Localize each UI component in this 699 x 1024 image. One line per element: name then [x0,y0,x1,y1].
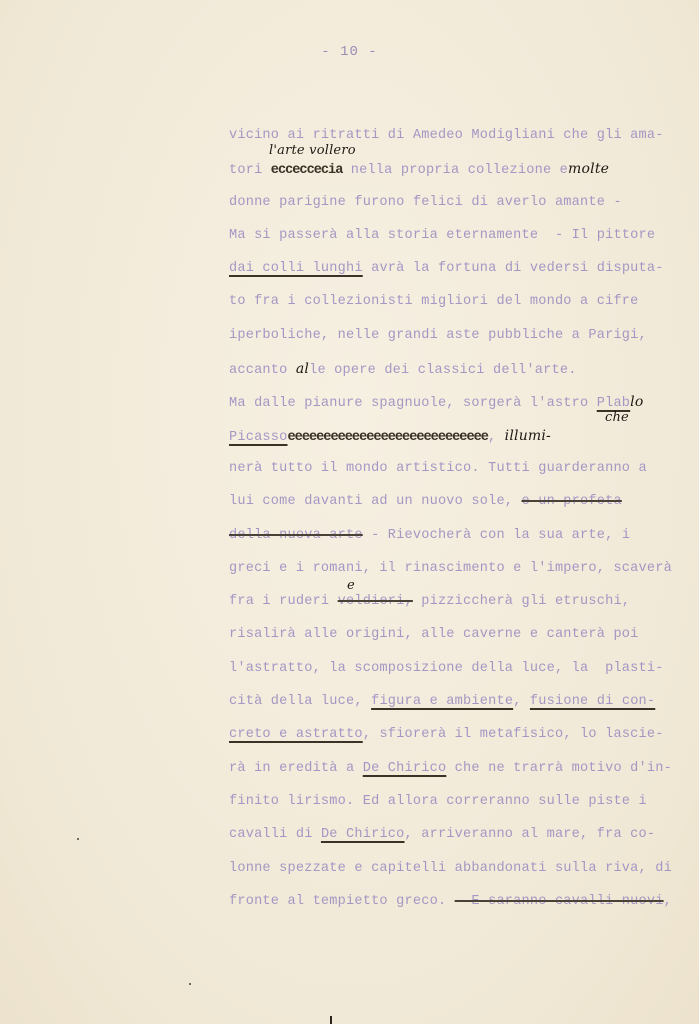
text-line: l'astratto, la scomposizione della luce,… [229,659,699,692]
typed-text: Ma si passerà alla storia eternamente - … [229,228,655,243]
text-line: rà in eredità a De Chirico che ne trarrà… [229,759,699,792]
text-line: creto e astratto, sfiorerà il metafisico… [229,725,699,758]
typed-text: rà in eredità a [229,761,363,776]
typed-text: - Rievocherà con la sua arte, i [363,528,630,543]
typed-text: greci e i romani, il rinascimento e l'im… [229,561,672,576]
typed-text: tori [229,163,271,178]
typed-text: le opere dei classici dell'arte. [309,363,576,378]
text-line: fronte al tempietto greco. - E saranno c… [229,892,699,925]
handwritten-correction: e [347,576,355,596]
scribbled-out-text: ecceccecia [271,161,343,181]
typed-text: , [513,694,530,709]
typed-text: iperboliche, nelle grandi aste pubbliche… [229,328,647,343]
underlined-text: dai colli lunghi [229,261,363,276]
typed-text: lui come davanti ad un nuovo sole, [229,494,522,509]
typed-text: Ma dalle pianure spagnuole, sorgerà l'as… [229,396,597,411]
typewritten-body: vicino ai ritratti di Amedeo Modigliani … [229,126,699,925]
typed-text: fra i ruderi [229,594,338,609]
text-line: iperboliche, nelle grandi aste pubbliche… [229,326,699,359]
text-line: nerà tutto il mondo artistico. Tutti gua… [229,459,699,492]
typed-text: , [488,430,505,445]
scribbled-out-text: eeeeeeeeeeeeeeeeeeeeeeeeeeee [288,428,488,448]
typed-text: donne parigine furono felici di averlo a… [229,195,622,210]
typed-text: lonne spezzate e capitelli abbandonati s… [229,861,672,876]
typed-text: cavalli di [229,827,321,842]
underlined-text: De Chirico [321,827,405,842]
typed-text: avrà la fortuna di vedersi disputa- [363,261,664,276]
text-line: lui come davanti ad un nuovo sole, e un … [229,492,699,525]
typed-text: , arriveranno al mare, fra co- [405,827,656,842]
ink-speck [189,983,191,985]
underlined-text: De Chirico [363,761,447,776]
struck-text: della nuova arte [229,528,363,543]
underlined-text: creto e astratto [229,727,363,742]
typed-text: risalirà alle origini, alle caverne e ca… [229,627,639,642]
underlined-text: fusione di con- [530,694,655,709]
document-page: - 10 - vicino ai ritratti di Amedeo Modi… [0,0,699,1024]
typed-text: finito lirismo. Ed allora correranno sul… [229,794,647,809]
text-line: della nuova arte - Rievocherà con la sua… [229,526,699,559]
typed-text: che ne trarrà motivo d'in- [446,761,672,776]
handwritten-insertion: illumi- [505,428,551,444]
handwritten-correction: che [605,408,629,428]
ink-speck [77,838,79,840]
typed-text: to fra i collezionisti migliori del mond… [229,294,639,309]
text-line: donne parigine furono felici di averlo a… [229,193,699,226]
handwritten-correction: l'arte vollero [269,141,356,161]
text-line: Ma si passerà alla storia eternamente - … [229,226,699,259]
typed-text: accanto [229,363,296,378]
text-line: lonne spezzate e capitelli abbandonati s… [229,859,699,892]
struck-text: e un profeta [522,494,622,509]
text-line: cavalli di De Chirico, arriveranno al ma… [229,825,699,858]
typed-text: cità della luce, [229,694,371,709]
typed-text: , [664,894,672,909]
ink-mark [330,1016,332,1024]
typed-text: nerà tutto il mondo artistico. Tutti gua… [229,461,647,476]
text-line: risalirà alle origini, alle caverne e ca… [229,625,699,658]
text-line: greci e i romani, il rinascimento e l'im… [229,559,699,592]
typed-text: l'astratto, la scomposizione della luce,… [229,661,664,676]
typed-text: nella propria collezione e [342,163,568,178]
typed-text: pizziccherà gli etruschi, [413,594,630,609]
typed-text: fronte al tempietto greco. [229,894,455,909]
text-line: dai colli lunghi avrà la fortuna di vede… [229,259,699,292]
text-line: cità della luce, figura e ambiente, fusi… [229,692,699,725]
handwritten-insertion: molte [568,161,609,177]
text-line: fra i ruderi veldieri, pizziccherà gli e… [229,592,699,625]
struck-text: - E saranno cavalli nuovi [455,894,664,909]
handwritten-insertion: lo [630,394,643,410]
text-line: Picassoeeeeeeeeeeeeeeeeeeeeeeeeeeee, ill… [229,426,699,459]
text-line: finito lirismo. Ed allora correranno sul… [229,792,699,825]
text-line: tori ecceccecia nella propria collezione… [229,159,699,192]
underlined-text: Picasso [229,430,288,445]
typed-text: , sfiorerà il metafisico, lo lascie- [363,727,664,742]
struck-text: veldieri, [338,594,413,609]
handwritten-insertion: al [296,361,309,377]
text-line: to fra i collezionisti migliori del mond… [229,292,699,325]
page-number: - 10 - [0,44,699,60]
underlined-text: figura e ambiente [371,694,513,709]
text-line: accanto alle opere dei classici dell'art… [229,359,699,392]
